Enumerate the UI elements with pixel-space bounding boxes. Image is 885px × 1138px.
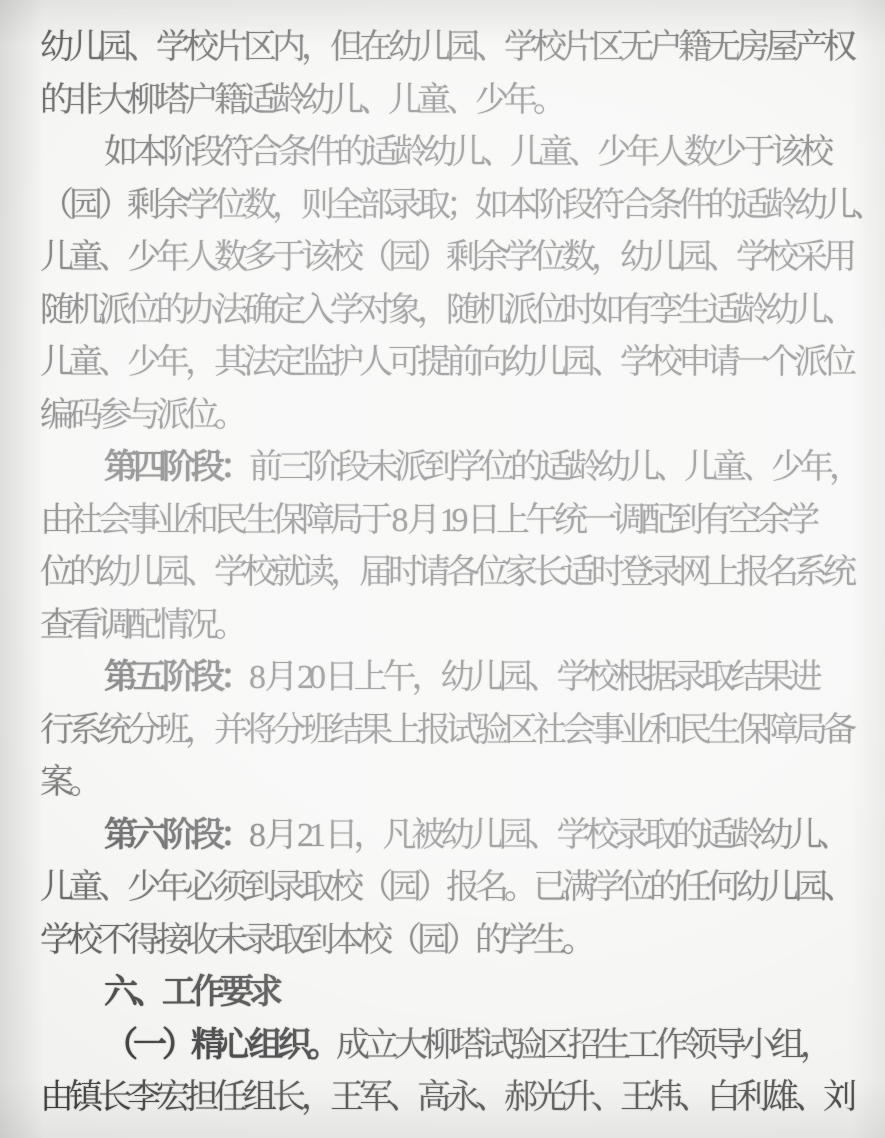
text-line: 学校不得接收未录取到本校（园）的学生。	[40, 915, 855, 968]
text-line: 如本阶段符合条件的适龄幼儿、儿童、少年人数少于该校	[40, 127, 855, 180]
text-line: 六、工作要求	[40, 967, 855, 1020]
text-line: 由社会事业和民生保障局于 8 月 19 日上午统一调配到有空余学	[40, 495, 855, 548]
body-text: （园）剩余学位数，则全部录取；如本阶段符合条件的适龄幼儿、	[40, 187, 881, 224]
body-text: 位的幼儿园、学校就读，届时请各位家长适时登录网上报名系统	[40, 554, 852, 591]
body-text: 的非大柳塔户籍适龄幼儿、儿童、少年。	[40, 82, 562, 119]
body-text: 儿童、少年人数多于该校（园）剩余学位数，幼儿园、学校采用	[40, 239, 852, 276]
text-line: 位的幼儿园、学校就读，届时请各位家长适时登录网上报名系统	[40, 547, 855, 600]
body-text: 由社会事业和民生保障局于 8 月 19 日上午统一调配到有空余学	[40, 502, 815, 539]
body-text: 儿童、少年必须到录取校（园）报名。已满学位的任何幼儿园、	[40, 869, 852, 906]
text-line: 查看调配情况。	[40, 600, 855, 653]
body-text: 学校不得接收未录取到本校（园）的学生。	[40, 922, 591, 959]
text-line: 由镇长李宏担任组长，王军、高永、郝光升、王炜、白利雄、刘	[40, 1072, 855, 1125]
body-text: 8 月 21 日，凡被幼儿园、学校录取的适龄幼儿、	[249, 817, 847, 854]
text-line: 幼儿园、学校片区内，但在幼儿园、学校片区无户籍无房屋产权	[40, 22, 855, 75]
text-line: （一）精心组织。成立大柳塔试验区招生工作领导小组，	[40, 1020, 855, 1073]
body-text: 由镇长李宏担任组长，王军、高永、郝光升、王炜、白利雄、刘	[40, 1079, 852, 1116]
text-line: 第六阶段：8 月 21 日，凡被幼儿园、学校录取的适龄幼儿、	[40, 810, 855, 863]
text-block: 幼儿园、学校片区内，但在幼儿园、学校片区无户籍无房屋产权的非大柳塔户籍适龄幼儿、…	[40, 22, 855, 1125]
body-text: 行系统分班，并将分班结果上报试验区社会事业和民生保障局备	[40, 712, 852, 749]
text-line: （园）剩余学位数，则全部录取；如本阶段符合条件的适龄幼儿、	[40, 180, 855, 233]
body-text: 编码参与派位。	[40, 397, 243, 434]
body-text: 前三阶段未派到学位的适龄幼儿、儿童、少年，	[249, 449, 858, 486]
text-line: 第五阶段：8 月 20 日上午，幼儿园、学校根据录取结果进	[40, 652, 855, 705]
text-line: 随机派位的办法确定入学对象，随机派位时如有孪生适龄幼儿、	[40, 285, 855, 338]
document-page: 幼儿园、学校片区内，但在幼儿园、学校片区无户籍无房屋产权的非大柳塔户籍适龄幼儿、…	[0, 0, 885, 1138]
emphasis-text: 第六阶段：	[104, 817, 249, 854]
emphasis-text: 六、工作要求	[104, 974, 278, 1011]
emphasis-text: （一）精心组织。	[104, 1027, 336, 1064]
body-text: 案。	[40, 764, 98, 801]
text-line: 行系统分班，并将分班结果上报试验区社会事业和民生保障局备	[40, 705, 855, 758]
body-text: 随机派位的办法确定入学对象，随机派位时如有孪生适龄幼儿、	[40, 292, 852, 329]
body-text: 如本阶段符合条件的适龄幼儿、儿童、少年人数少于该校	[104, 134, 829, 171]
body-text: 幼儿园、学校片区内，但在幼儿园、学校片区无户籍无房屋产权	[40, 29, 852, 66]
body-text: 查看调配情况。	[40, 607, 243, 644]
emphasis-text: 第五阶段：	[104, 659, 249, 696]
text-line: 儿童、少年人数多于该校（园）剩余学位数，幼儿园、学校采用	[40, 232, 855, 285]
text-line: 儿童、少年，其法定监护人可提前向幼儿园、学校申请一个派位	[40, 337, 855, 390]
body-text: 8 月 20 日上午，幼儿园、学校根据录取结果进	[249, 659, 818, 696]
body-text: 成立大柳塔试验区招生工作领导小组，	[336, 1027, 829, 1064]
text-line: 编码参与派位。	[40, 390, 855, 443]
text-line: 第四阶段：前三阶段未派到学位的适龄幼儿、儿童、少年，	[40, 442, 855, 495]
emphasis-text: 第四阶段：	[104, 449, 249, 486]
body-text: 儿童、少年，其法定监护人可提前向幼儿园、学校申请一个派位	[40, 344, 852, 381]
text-line: 的非大柳塔户籍适龄幼儿、儿童、少年。	[40, 75, 855, 128]
text-line: 儿童、少年必须到录取校（园）报名。已满学位的任何幼儿园、	[40, 862, 855, 915]
text-line: 案。	[40, 757, 855, 810]
